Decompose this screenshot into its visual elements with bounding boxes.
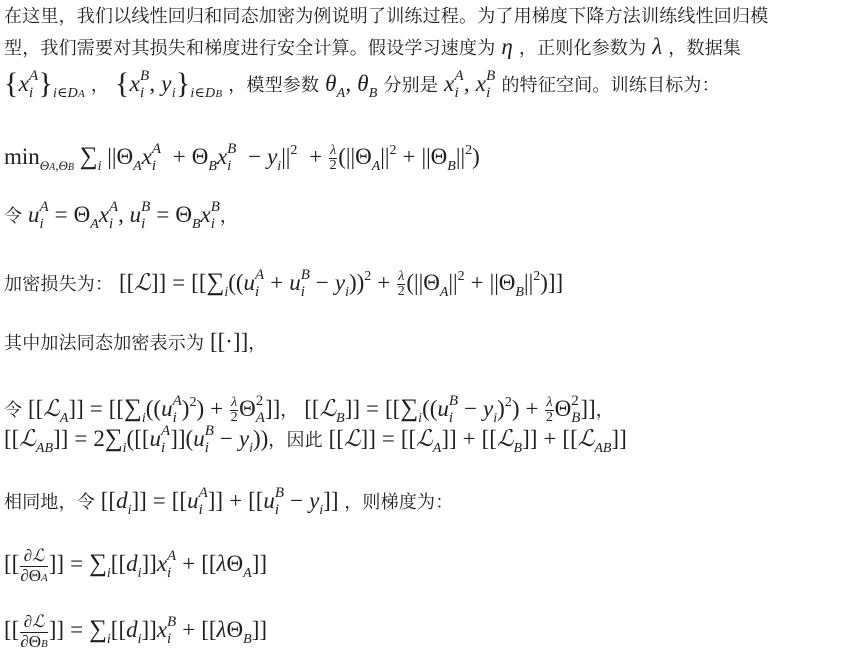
intro-text-3b: 分别是 xyxy=(383,75,438,96)
intro-text-2a: 型，我们需要对其损失和梯度进行安全计算。假设学习速度为 xyxy=(4,38,495,59)
gradient-a-formula: [[∂ℒ∂ΘA]]=∑i[[di]]xAi+[[λΘA]] xyxy=(4,546,267,592)
feature-vars: xAi, xBi xyxy=(444,71,496,96)
let-label: 令 xyxy=(4,206,22,227)
let-label: 令 xyxy=(4,400,22,421)
intro-line-1: 在这里，我们以线性回归和同态加密为例说明了训练过程。为了用梯度下降方法训练线性回… xyxy=(4,2,768,32)
intro-text-2c: ，数据集 xyxy=(668,38,741,59)
intro-text-2b: ，正则化参数为 xyxy=(519,38,646,59)
intro-text-3c: 的特征空间。训练目标为： xyxy=(501,75,719,96)
encryption-symbol: [[·]] xyxy=(210,329,248,354)
di-formula: 相同地，令 [[di]]=[[uAi]]+[[uBi−yi]] ，则梯度为： xyxy=(4,484,453,528)
encrypted-loss-formula: 加密损失为： [[ℒ]]=[[∑i((uAi+uBi−yi))2+λ2(||ΘA… xyxy=(4,260,563,310)
intro-text-1: 在这里，我们以线性回归和同态加密为例说明了训练过程。为了用梯度下降方法训练线性回… xyxy=(4,6,768,27)
document: 在这里，我们以线性回归和同态加密为例说明了训练过程。为了用梯度下降方法训练线性回… xyxy=(0,0,847,655)
intro-line-3: {xAi}i∈DA ， {xBi, yi}i∈DB ，模型参数 θA, θB 分… xyxy=(4,64,720,114)
lambda-symbol: λ xyxy=(652,34,662,59)
homomorphic-note: 其中加法同态加密表示为 [[·]]， xyxy=(4,325,266,361)
theta-params: θA, θB xyxy=(325,71,377,96)
let-u-formula: 令 uAi=ΘAxAi, uBi=ΘBxBi， xyxy=(4,198,238,242)
encrypted-loss-label: 加密损失为： xyxy=(4,274,113,295)
homomorphic-text: 其中加法同态加密表示为 xyxy=(4,333,204,354)
dataset-b: {xBi, yi}i∈DB xyxy=(115,71,222,96)
lab-formula: [[ℒAB]]=2∑i([[uAi]](uBi−yi))，因此 [[ℒ]]=[[… xyxy=(4,422,627,466)
gradient-label: ，则梯度为： xyxy=(344,492,453,513)
intro-text-3a: ，模型参数 xyxy=(228,75,319,96)
dataset-a: {xAi}i∈DA xyxy=(4,71,85,96)
comma: ， xyxy=(91,75,109,96)
similarly-label: 相同地，令 xyxy=(4,492,95,513)
eta-symbol: η xyxy=(501,34,513,59)
therefore-label: ，因此 xyxy=(268,430,323,451)
gradient-b-formula: [[∂ℒ∂ΘB]]=∑i[[di]]xBi+[[λΘB]] xyxy=(4,612,267,655)
intro-line-2: 型，我们需要对其损失和梯度进行安全计算。假设学习速度为 η ，正则化参数为 λ … xyxy=(4,32,741,64)
objective-formula: minΘA,ΘB ∑i ||ΘAxAi +ΘBxBi −yi||2 +λ2(||… xyxy=(4,134,480,185)
